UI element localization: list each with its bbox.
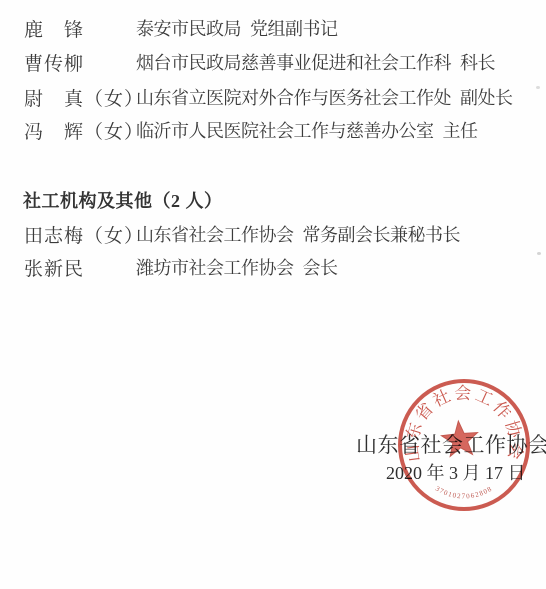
person-title: 烟台市民政局慈善事业促进和社会工作科 科长	[136, 49, 495, 75]
section-header: 社工机构及其他（2 人）	[23, 187, 223, 213]
person-title: 临沂市人民医院社会工作与慈善办公室 主任	[136, 117, 478, 143]
roster-row: 田志梅（女） 山东省社会工作协会 常务副会长兼秘书长	[24, 221, 460, 248]
person-title: 山东省立医院对外合作与医务社会工作处 副处长	[136, 84, 513, 110]
seal-code: 3701027062808	[434, 485, 494, 501]
scan-speckle	[537, 252, 541, 255]
roster-row: 冯 辉（女） 临沂市人民医院社会工作与慈善办公室 主任	[24, 117, 478, 144]
roster-row: 鹿 锋 泰安市民政局 党组副书记	[24, 15, 338, 42]
person-name: 冯 辉（女）	[24, 117, 136, 144]
person-name: 鹿 锋	[24, 15, 136, 42]
roster-row: 曹传柳 烟台市民政局慈善事业促进和社会工作科 科长	[24, 49, 495, 76]
roster-row: 张新民 潍坊市社会工作协会 会长	[24, 254, 338, 281]
document-page: 鹿 锋 泰安市民政局 党组副书记 曹传柳 烟台市民政局慈善事业促进和社会工作科 …	[0, 0, 546, 589]
person-title: 山东省社会工作协会 常务副会长兼秘书长	[136, 221, 460, 247]
scan-speckle	[536, 86, 540, 89]
person-title: 潍坊市社会工作协会 会长	[136, 254, 338, 280]
person-name: 田志梅（女）	[24, 221, 136, 248]
person-name: 曹传柳	[24, 49, 136, 76]
person-name: 张新民	[24, 254, 136, 281]
person-name: 尉 真（女）	[24, 84, 136, 111]
star-icon	[440, 419, 479, 456]
official-seal: 山东省社会工作协会 3701027062808	[389, 370, 539, 520]
roster-row: 尉 真（女） 山东省立医院对外合作与医务社会工作处 副处长	[24, 84, 513, 111]
person-title: 泰安市民政局 党组副书记	[136, 15, 338, 41]
